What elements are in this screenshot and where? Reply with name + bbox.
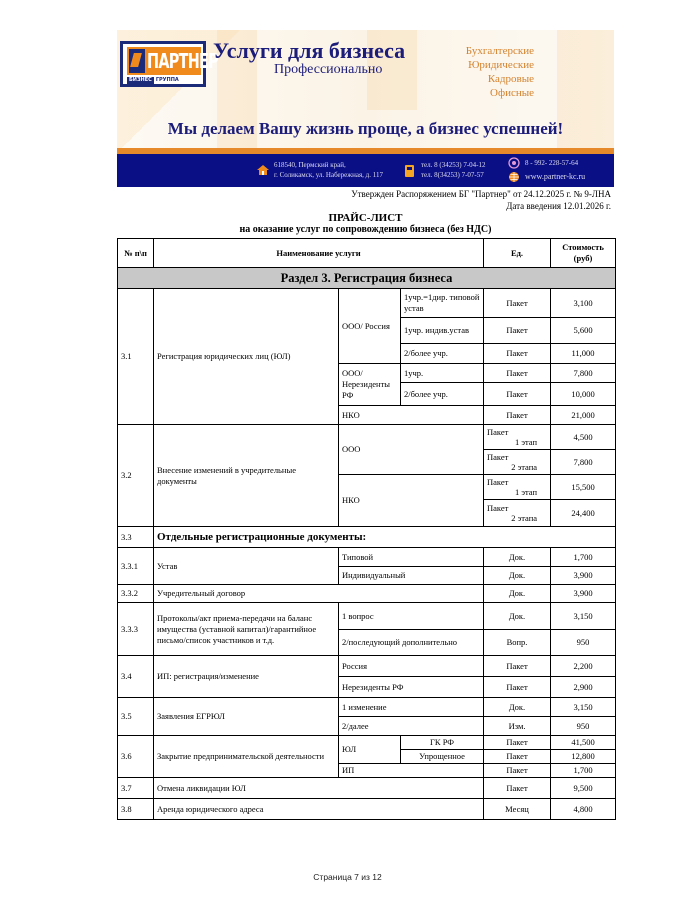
document-subtitle: на оказание услуг по сопровождению бизне… (117, 224, 614, 236)
approval-note: Утвержден Распоряжением БГ "Партнер" от … (351, 188, 611, 212)
mobile-block[interactable]: 8 - 992- 228-57-64 (508, 157, 578, 169)
header-num: № п\п (118, 239, 154, 268)
company-logo: ПАРТНЕР БИЗНЕСГРУППА (120, 41, 206, 87)
header-name: Наименование услуги (154, 239, 484, 268)
table-row: 3.1 Регистрация юридических лиц (ЮЛ) ООО… (118, 289, 616, 318)
header-banner: ПАРТНЕР БИЗНЕСГРУППА Услуги для бизнеса … (117, 30, 614, 148)
service-item: Офисные (466, 86, 534, 100)
section-row: Раздел 3. Регистрация бизнеса (118, 268, 616, 289)
document-title: ПРАЙС-ЛИСТ (117, 212, 614, 224)
table-row: 3.4 ИП: регистрация/изменение Россия Пак… (118, 656, 616, 677)
logo-mark: ПАРТНЕР (127, 47, 201, 75)
price-list-page: ПАРТНЕР БИЗНЕСГРУППА Услуги для бизнеса … (0, 0, 695, 900)
services-list: Бухгалтерские Юридические Кадровые Офисн… (466, 44, 534, 100)
table-row: 3.8 Аренда юридического адреса Месяц 4,8… (118, 799, 616, 820)
service-item: Кадровые (466, 72, 534, 86)
page-number: Страница 7 из 12 (0, 872, 695, 882)
service-item: Юридические (466, 58, 534, 72)
slogan: Мы делаем Вашу жизнь проще, а бизнес усп… (117, 118, 614, 140)
brand-title: Услуги для бизнеса (213, 38, 405, 64)
header-unit: Ед. (484, 239, 551, 268)
viber-icon (508, 157, 520, 169)
price-table: № п\п Наименование услуги Ед. Стоимость … (117, 238, 616, 820)
phone-icon (404, 164, 416, 176)
table-row: 3.3.3 Протоколы/акт приема-передачи на б… (118, 603, 616, 630)
logo-subtitle: БИЗНЕСГРУППА (127, 77, 201, 84)
table-header-row: № п\п Наименование услуги Ед. Стоимость … (118, 239, 616, 268)
table-row: 3.3.1 Устав Типовой Док. 1,700 (118, 548, 616, 567)
table-row: 3.3 Отдельные регистрационные документы: (118, 527, 616, 548)
service-item: Бухгалтерские (466, 44, 534, 58)
contact-bar: 618540, Пермский край, г. Соликамск, ул.… (117, 154, 614, 187)
table-row: 3.3.2 Учредительный договор Док. 3,900 (118, 585, 616, 603)
house-icon (257, 164, 269, 176)
table-row: 3.5 Заявления ЕГРЮЛ 1 изменение Док. 3,1… (118, 698, 616, 717)
table-row: 3.2 Внесение изменений в учредительные д… (118, 425, 616, 450)
table-row: 3.6 Закрытие предпринимательской деятель… (118, 736, 616, 750)
table-row: 3.7 Отмена ликвидации ЮЛ Пакет 9,500 (118, 778, 616, 799)
brand-subtitle: Профессионально (274, 62, 382, 78)
website-link[interactable]: www.partner-kc.ru (508, 171, 585, 183)
phones-block: тел. 8 (34253) 7-04-12 тел. 8(34253) 7-0… (404, 160, 485, 180)
globe-icon (508, 171, 520, 183)
header-price: Стоимость (руб) (551, 239, 616, 268)
address-block: 618540, Пермский край, г. Соликамск, ул.… (257, 160, 383, 180)
logo-word: ПАРТНЕР (147, 49, 218, 73)
